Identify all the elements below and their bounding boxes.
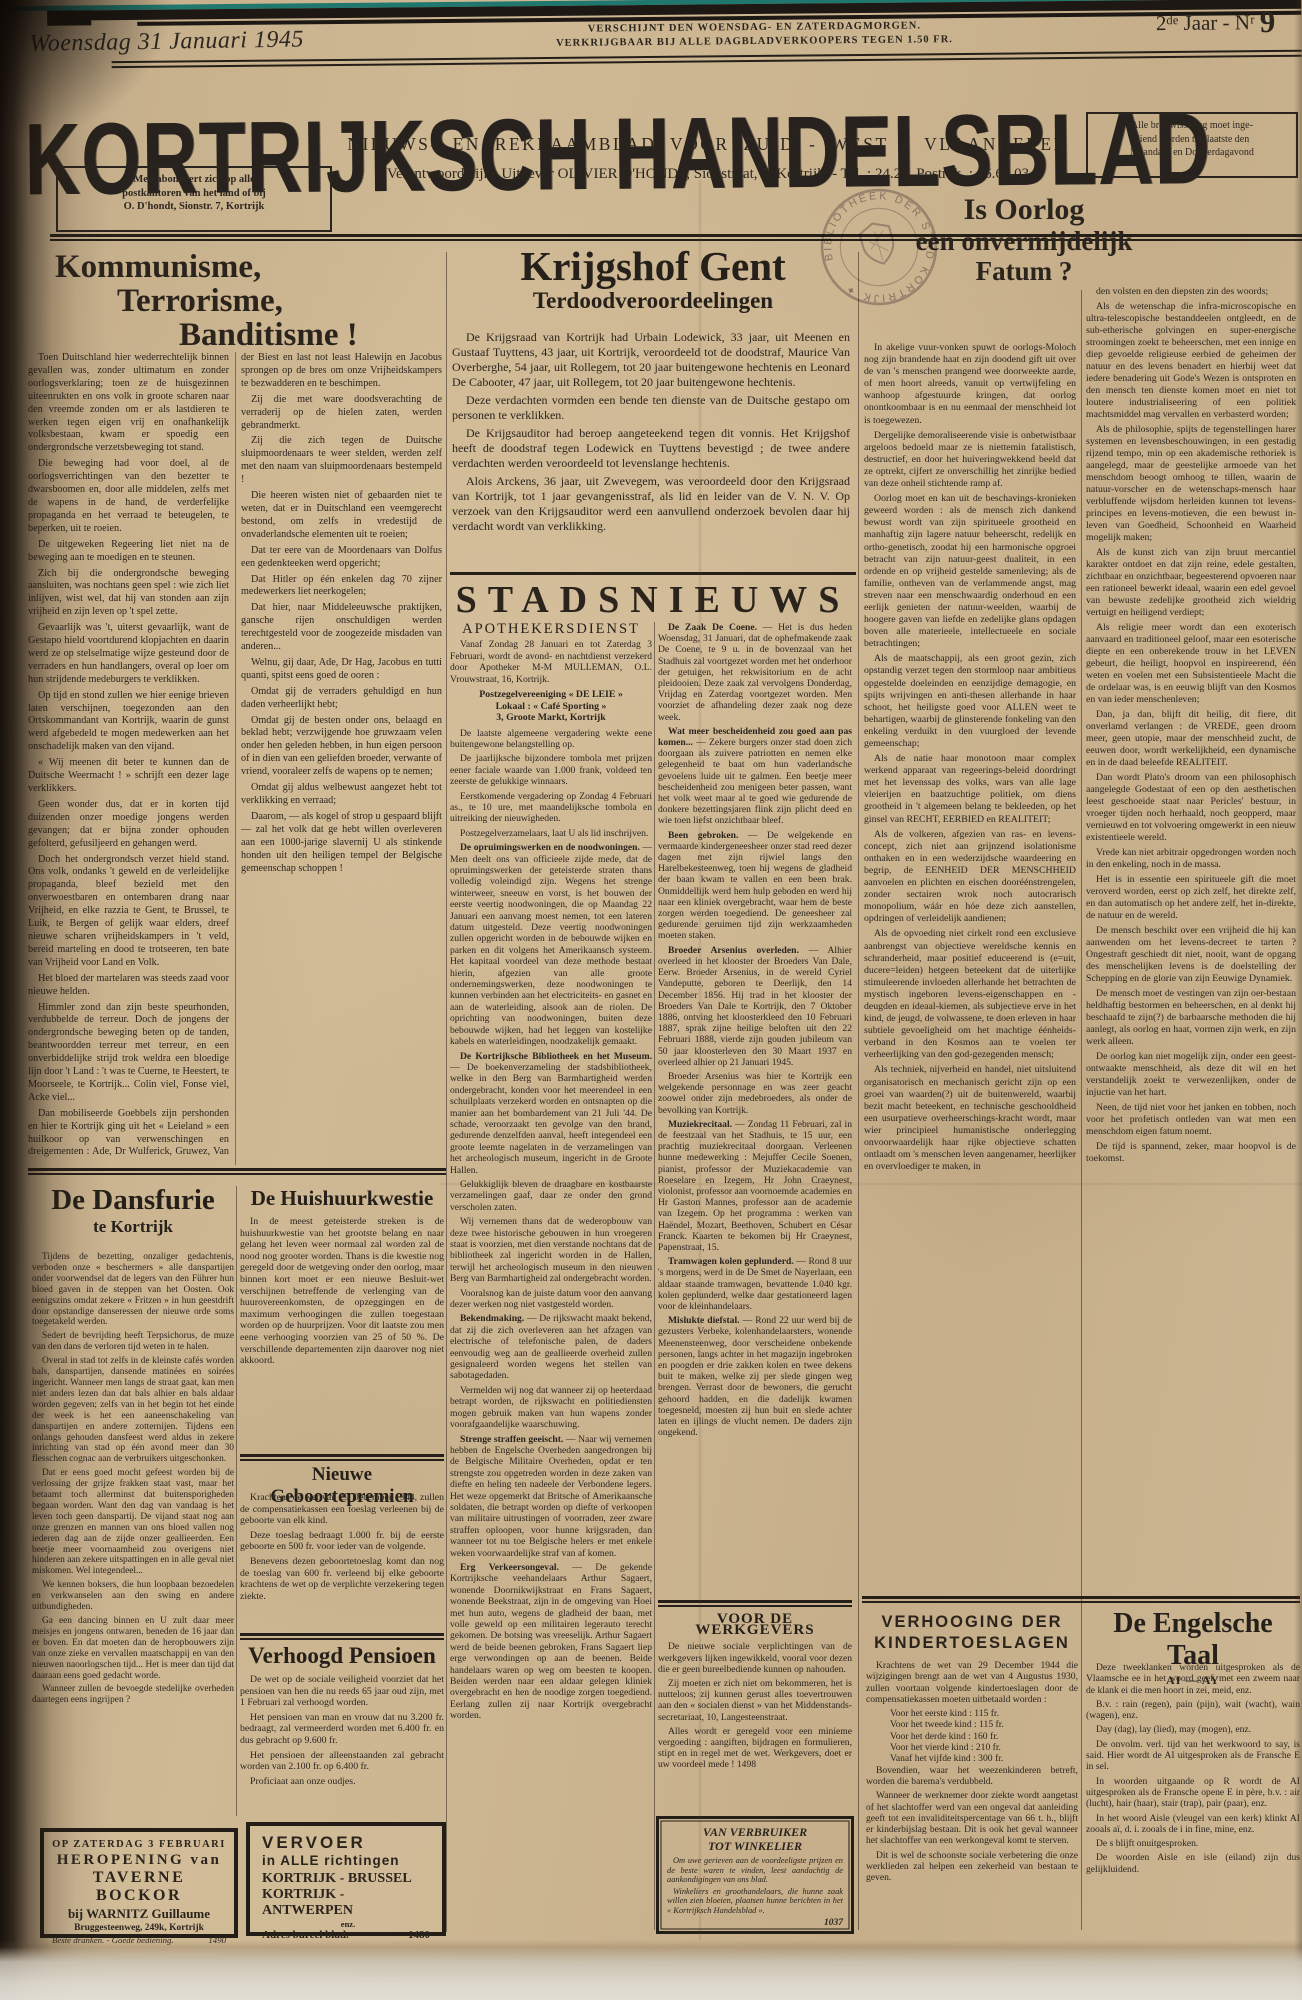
stadsnieuws-banner: STADSNIEUWS	[450, 578, 856, 622]
ad-line: HEROPENING van	[52, 1852, 226, 1869]
top-bar-blob	[47, 10, 91, 25]
article-krijgshof-body: De Krijgsraad van Kortrijk had Urbain Lo…	[452, 330, 850, 574]
newspaper-front-page: Woensdag 31 Januari 1945 VERSCHIJNT DEN …	[0, 0, 1302, 2000]
subheadline: Terdoodveroordeelingen	[450, 288, 856, 314]
stadsnieuws-column-2: De Zaak De Coene. — Het is dus heden Woe…	[658, 622, 852, 1604]
ad-line: KORTRIJK - BRUSSEL	[262, 1871, 434, 1887]
apothekersdienst-title: APOTHEKERSDIENST	[450, 624, 652, 635]
column-rule	[446, 252, 447, 1932]
subheadline: te Kortrijk	[32, 1216, 234, 1238]
subscription-box: Men abonneert zich op alle postkantoren …	[56, 166, 332, 232]
headline-line: KINDERTOESLAGEN	[866, 1633, 1078, 1654]
headline-line: VERHOOGING DER	[866, 1612, 1078, 1633]
headline-line: Terrorisme,	[55, 284, 447, 318]
subtitle-line: NIEUWS- EN REKLAAMBLAD VOOR ZUID - WEST …	[336, 134, 1080, 155]
ad-line: Bruggesteenweg, 249k, Kortrijk	[52, 1923, 226, 1933]
section-body: De nieuwe sociale verplichtingen van de …	[658, 1641, 852, 1770]
article-pensioen-headline: Verhoogd Pensioen	[240, 1643, 444, 1669]
article-isoorlog-col2: den volsten en den diepsten zin des woor…	[1086, 286, 1296, 1594]
article-isoorlog-col1: In akelige vuur-vonken spuwt de oorlogs-…	[864, 342, 1076, 1594]
ad-line: VERVOER	[262, 1833, 434, 1853]
section-werkgevers: VOOR DE WERKGEVERS De nieuwe sociale ver…	[658, 1612, 852, 1810]
section-divider	[240, 1633, 444, 1636]
article-pensioen-body: De wet op de sociale veiligheid voorziet…	[240, 1674, 444, 1818]
ad-body: Om uwe gerieven aan de voordeeligste pri…	[667, 1856, 843, 1916]
headline: Krijgshof Gent	[450, 244, 856, 288]
publisher-line: Verantwoordelijke Uitgever OLIVIER D'HON…	[336, 166, 1080, 183]
ad-line: OP ZATERDAG 3 FEBRUARI	[52, 1839, 226, 1850]
section-divider	[28, 1168, 446, 1171]
issue-no: 9	[1260, 4, 1276, 39]
publication-notice: VERSCHIJNT DEN WOENSDAG- EN ZATERDAGMORG…	[429, 18, 1079, 52]
article-dansfurie-headline: De Dansfurie te Kortrijk	[32, 1184, 234, 1238]
article-dansfurie-body: Tijdens de bezetting, onzaliger gedachte…	[32, 1252, 234, 1804]
article-kindertoeslagen-headline: VERHOOGING DER KINDERTOESLAGEN	[866, 1612, 1078, 1654]
issue-label: 2ᵈᵉ Jaar - Nʳ	[1156, 10, 1255, 35]
article-krijgshof-headline: Krijgshof Gent Terdoodveroordeelingen	[450, 244, 856, 314]
article-geboortepremien-body: Krachtens de wet van 29 December 1944, z…	[240, 1492, 444, 1634]
body-paragraphs: Bovendien, waar het weezenkinderen betre…	[866, 1765, 1078, 1884]
ad-line: KORTRIJK - ANTWERPEN	[262, 1887, 434, 1919]
ad-line: bij WARNITZ Guillaume	[52, 1906, 226, 1922]
article-kommunisme-headline: Kommunisme, Terrorisme, Banditisme !	[55, 250, 447, 352]
ad-number: 1490	[208, 1935, 226, 1945]
headline-line: Kommunisme,	[55, 250, 447, 284]
stadsnieuws-column-1: APOTHEKERSDIENST Vanaf Zondag 28 Januari…	[450, 622, 652, 1930]
stadsnieuws-items-1: De laatste algemeene vergadering wekte e…	[450, 728, 652, 1722]
column-rule	[858, 252, 859, 1930]
column-rule	[654, 622, 655, 1930]
ad-line: enz.	[262, 1919, 434, 1929]
section-divider	[450, 572, 856, 575]
section-title: VOOR DE WERKGEVERS	[658, 1614, 852, 1636]
postzegel-club-heading: Postzegelvereeniging « DE LEIE »Lokaal :…	[450, 689, 652, 724]
issue-number: 2ᵈᵉ Jaar - Nʳ 9	[1156, 4, 1276, 41]
article-huishuur-headline: De Huishuurkwestie	[240, 1186, 444, 1210]
headline: De Dansfurie	[32, 1184, 234, 1216]
article-kindertoeslagen-body: Krachtens de wet van 29 December 1944 di…	[866, 1660, 1078, 1930]
headline-line: Banditisme !	[55, 318, 447, 352]
ad-number: 1480	[408, 1929, 430, 1941]
column-rule	[1081, 290, 1082, 1930]
ad-line: Adres bureel blad.	[262, 1929, 349, 1941]
ad-title: VAN VERBRUIKER TOT WINKELIER	[667, 1825, 843, 1853]
ad-line: in ALLE richtingen	[262, 1853, 434, 1868]
intro-paragraph: Krachtens de wet van 29 December 1944 di…	[866, 1660, 1078, 1705]
correspondence-box: Alle briefwisseling moet inge- diend wor…	[1086, 112, 1298, 178]
article-engelsche-taal-body: Deze tweeklanken worden uitgesproken als…	[1086, 1662, 1300, 1930]
page-bottom-edge	[0, 1940, 1302, 2000]
ad-line: Beste dranken. - Goede bediening.	[52, 1935, 174, 1945]
ad-number: 1037	[667, 1918, 843, 1928]
advert-vervoer: VERVOER in ALLE richtingen KORTRIJK - BR…	[246, 1822, 446, 1936]
ad-line: TAVERNE BOCKOR	[52, 1869, 226, 1905]
section-divider	[240, 1454, 444, 1457]
issue-date: Woensdag 31 Januari 1945	[29, 26, 304, 58]
advert-taverne-bockor: OP ZATERDAG 3 FEBRUARI HEROPENING van TA…	[40, 1828, 238, 1938]
advert-verbruiker-winkelier: VAN VERBRUIKER TOT WINKELIER Om uwe geri…	[656, 1816, 854, 1934]
article-huishuur-body: In de meest geteisterde streken is de hu…	[240, 1216, 444, 1454]
kindertoeslag-rates: Voor het eerste kind : 115 fr.Voor het t…	[866, 1708, 1078, 1764]
apothekersdienst-text: Vanaf Zondag 28 Januari en tot Zaterdag …	[450, 639, 652, 685]
article-kommunisme-body: Toen Duitschland hier wederrechtelijk bi…	[28, 352, 442, 1165]
column-rule	[236, 1186, 237, 1816]
section-divider	[658, 1600, 852, 1603]
